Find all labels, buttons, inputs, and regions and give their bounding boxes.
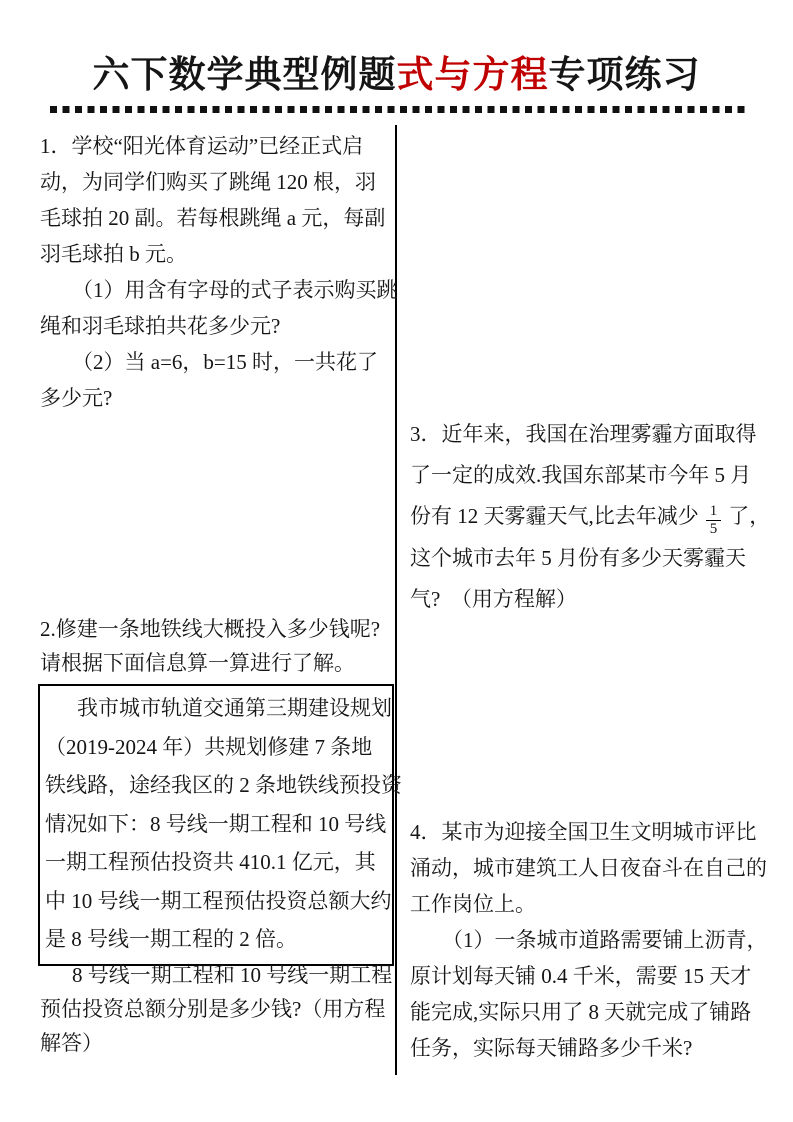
text-line: 中 10 号线一期工程预估投资总额大约 — [45, 882, 387, 921]
text-line: 绳和羽毛球拍共花多少元? — [40, 308, 392, 344]
text-line: 情况如下：8 号线一期工程和 10 号线 — [45, 805, 387, 844]
text-line: 了一定的成效.我国东部某市今年 5 月 — [410, 455, 768, 496]
text-line: 是 8 号线一期工程的 2 倍。 — [45, 920, 387, 959]
question-3: 3．近年来，我国在治理雾霾方面取得 了一定的成效.我国东部某市今年 5 月 份有… — [410, 414, 768, 620]
question-2-info-box: 我市城市轨道交通第三期建设规划 （2019-2024 年）共规划修建 7 条地 … — [38, 684, 394, 966]
text-line: 请根据下面信息算一算进行了解。 — [40, 646, 392, 680]
text-line: （2）当 a=6，b=15 时，一共花了 — [40, 344, 392, 380]
text-line: 4．某市为迎接全国卫生文明城市评比 — [410, 814, 768, 850]
text-line: 原计划每天铺 0.4 千米，需要 15 天才 — [410, 958, 768, 994]
text-line: 能完成,实际只用了 8 天就完成了铺路 — [410, 994, 768, 1030]
text-line: 我市城市轨道交通第三期建设规划 — [45, 689, 387, 728]
text-line: 1．学校“阳光体育运动”已经正式启 — [40, 128, 392, 164]
title-part-black-right: 专项练习 — [549, 55, 701, 96]
question-4: 4．某市为迎接全国卫生文明城市评比 涌动，城市建筑工人日夜奋斗在自己的 工作岗位… — [410, 814, 768, 1066]
worksheet-title: 六下数学典型例题式与方程专项练习 — [0, 44, 793, 98]
text-line: 动，为同学们购买了跳绳 120 根，羽 — [40, 164, 392, 200]
text-line: 预估投资总额分别是多少钱?（用方程 — [40, 992, 392, 1026]
text-line: 2.修建一条地铁线大概投入多少钱呢? — [40, 612, 392, 646]
column-divider — [395, 125, 397, 1075]
text-line: 这个城市去年 5 月份有多少天雾霾天 — [410, 538, 768, 579]
fraction-line-suffix: 了， — [728, 504, 770, 528]
fraction-denominator: 5 — [706, 521, 722, 538]
question-2: 2.修建一条地铁线大概投入多少钱呢? 请根据下面信息算一算进行了解。 — [40, 612, 392, 680]
title-part-black-left: 六下数学典型例题 — [93, 55, 397, 96]
fraction-numerator: 1 — [706, 503, 722, 521]
text-line: 多少元? — [40, 380, 392, 416]
text-line: （1）用含有字母的式子表示购买跳 — [40, 272, 392, 308]
text-line: 解答） — [40, 1026, 392, 1060]
text-line: 毛球拍 20 副。若每根跳绳 a 元，每副 — [40, 200, 392, 236]
text-line: 8 号线一期工程和 10 号线一期工程 — [40, 958, 392, 992]
title-part-red: 式与方程 — [397, 55, 549, 96]
fraction-line-prefix: 份有 12 天雾霾天气,比去年减少 — [410, 504, 699, 528]
question-1: 1．学校“阳光体育运动”已经正式启 动，为同学们购买了跳绳 120 根，羽 毛球… — [40, 128, 392, 416]
text-line: （2019-2024 年）共规划修建 7 条地 — [45, 728, 387, 767]
text-line: 气? （用方程解） — [410, 579, 768, 620]
text-line: 任务，实际每天铺路多少千米? — [410, 1030, 768, 1066]
fraction-one-fifth: 15 — [706, 503, 722, 539]
text-line: 3．近年来，我国在治理雾霾方面取得 — [410, 414, 768, 455]
text-line: 工作岗位上。 — [410, 886, 768, 922]
question-2-task: 8 号线一期工程和 10 号线一期工程 预估投资总额分别是多少钱?（用方程 解答… — [40, 958, 392, 1060]
worksheet-page: 六下数学典型例题式与方程专项练习 1．学校“阳光体育运动”已经正式启 动，为同学… — [0, 0, 793, 1122]
text-line: （1）一条城市道路需要铺上沥青， — [410, 922, 768, 958]
text-line: 涌动，城市建筑工人日夜奋斗在自己的 — [410, 850, 768, 886]
text-line-with-fraction: 份有 12 天雾霾天气,比去年减少15了， — [410, 496, 768, 538]
text-line: 一期工程预估投资共 410.1 亿元，其 — [45, 843, 387, 882]
dotted-divider — [50, 106, 748, 113]
text-line: 羽毛球拍 b 元。 — [40, 236, 392, 272]
text-line: 铁线路，途经我区的 2 条地铁线预投资 — [45, 766, 387, 805]
